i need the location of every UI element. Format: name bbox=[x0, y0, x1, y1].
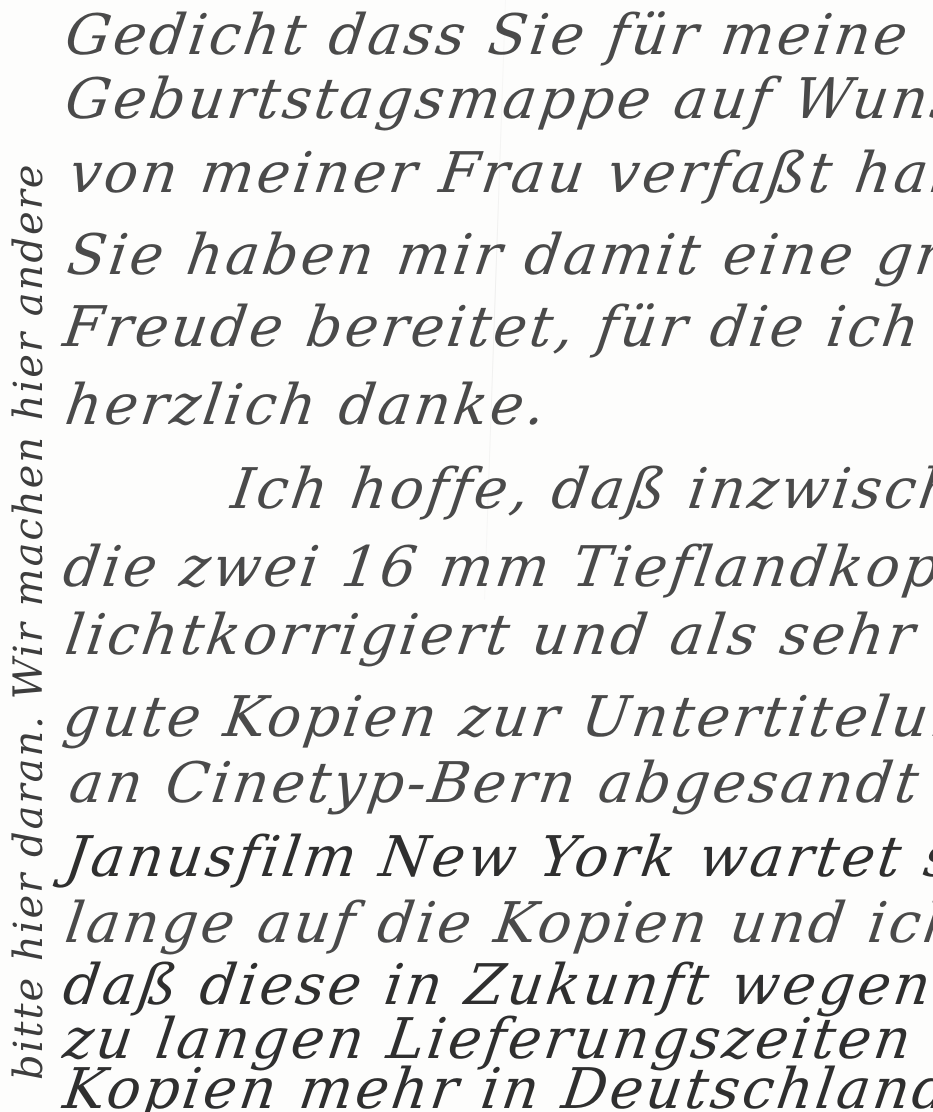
margin-note-vertical: bitte hier daran. Wir machen hier andere bbox=[6, 0, 52, 1080]
letter-line-3: von meiner Frau verfaßt hab bbox=[66, 146, 933, 202]
letter-page: bitte hier daran. Wir machen hier andere… bbox=[0, 0, 933, 1112]
letter-line-8: die zwei 16 mm Tieflandkop bbox=[60, 540, 933, 596]
letter-line-12: Janusfilm New York wartet schon bbox=[62, 830, 933, 886]
letter-line-16: Kopien mehr in Deutschland bestel bbox=[60, 1062, 933, 1112]
letter-line-4: Sie haben mir damit eine groß bbox=[64, 228, 933, 284]
letter-line-6: herzlich danke. bbox=[62, 378, 552, 434]
letter-line-11: an Cinetyp-Bern abgesandt w bbox=[66, 756, 933, 812]
letter-line-14: daß diese in Zukunft wegen der bbox=[60, 958, 933, 1014]
letter-line-2: Geburtstagsmappe auf Wunsch bbox=[62, 72, 933, 128]
letter-line-1: Gedicht dass Sie für meine bbox=[62, 8, 914, 64]
letter-line-13: lange auf die Kopien und ich f bbox=[62, 896, 933, 952]
letter-line-7: Ich hoffe, daß inzwischen bbox=[228, 462, 933, 518]
letter-line-5: Freude bereitet, für die ich I bbox=[60, 300, 933, 356]
letter-line-9: lichtkorrigiert und als sehr bbox=[62, 608, 921, 664]
letter-line-10: gute Kopien zur Untertitelung bbox=[60, 690, 933, 746]
